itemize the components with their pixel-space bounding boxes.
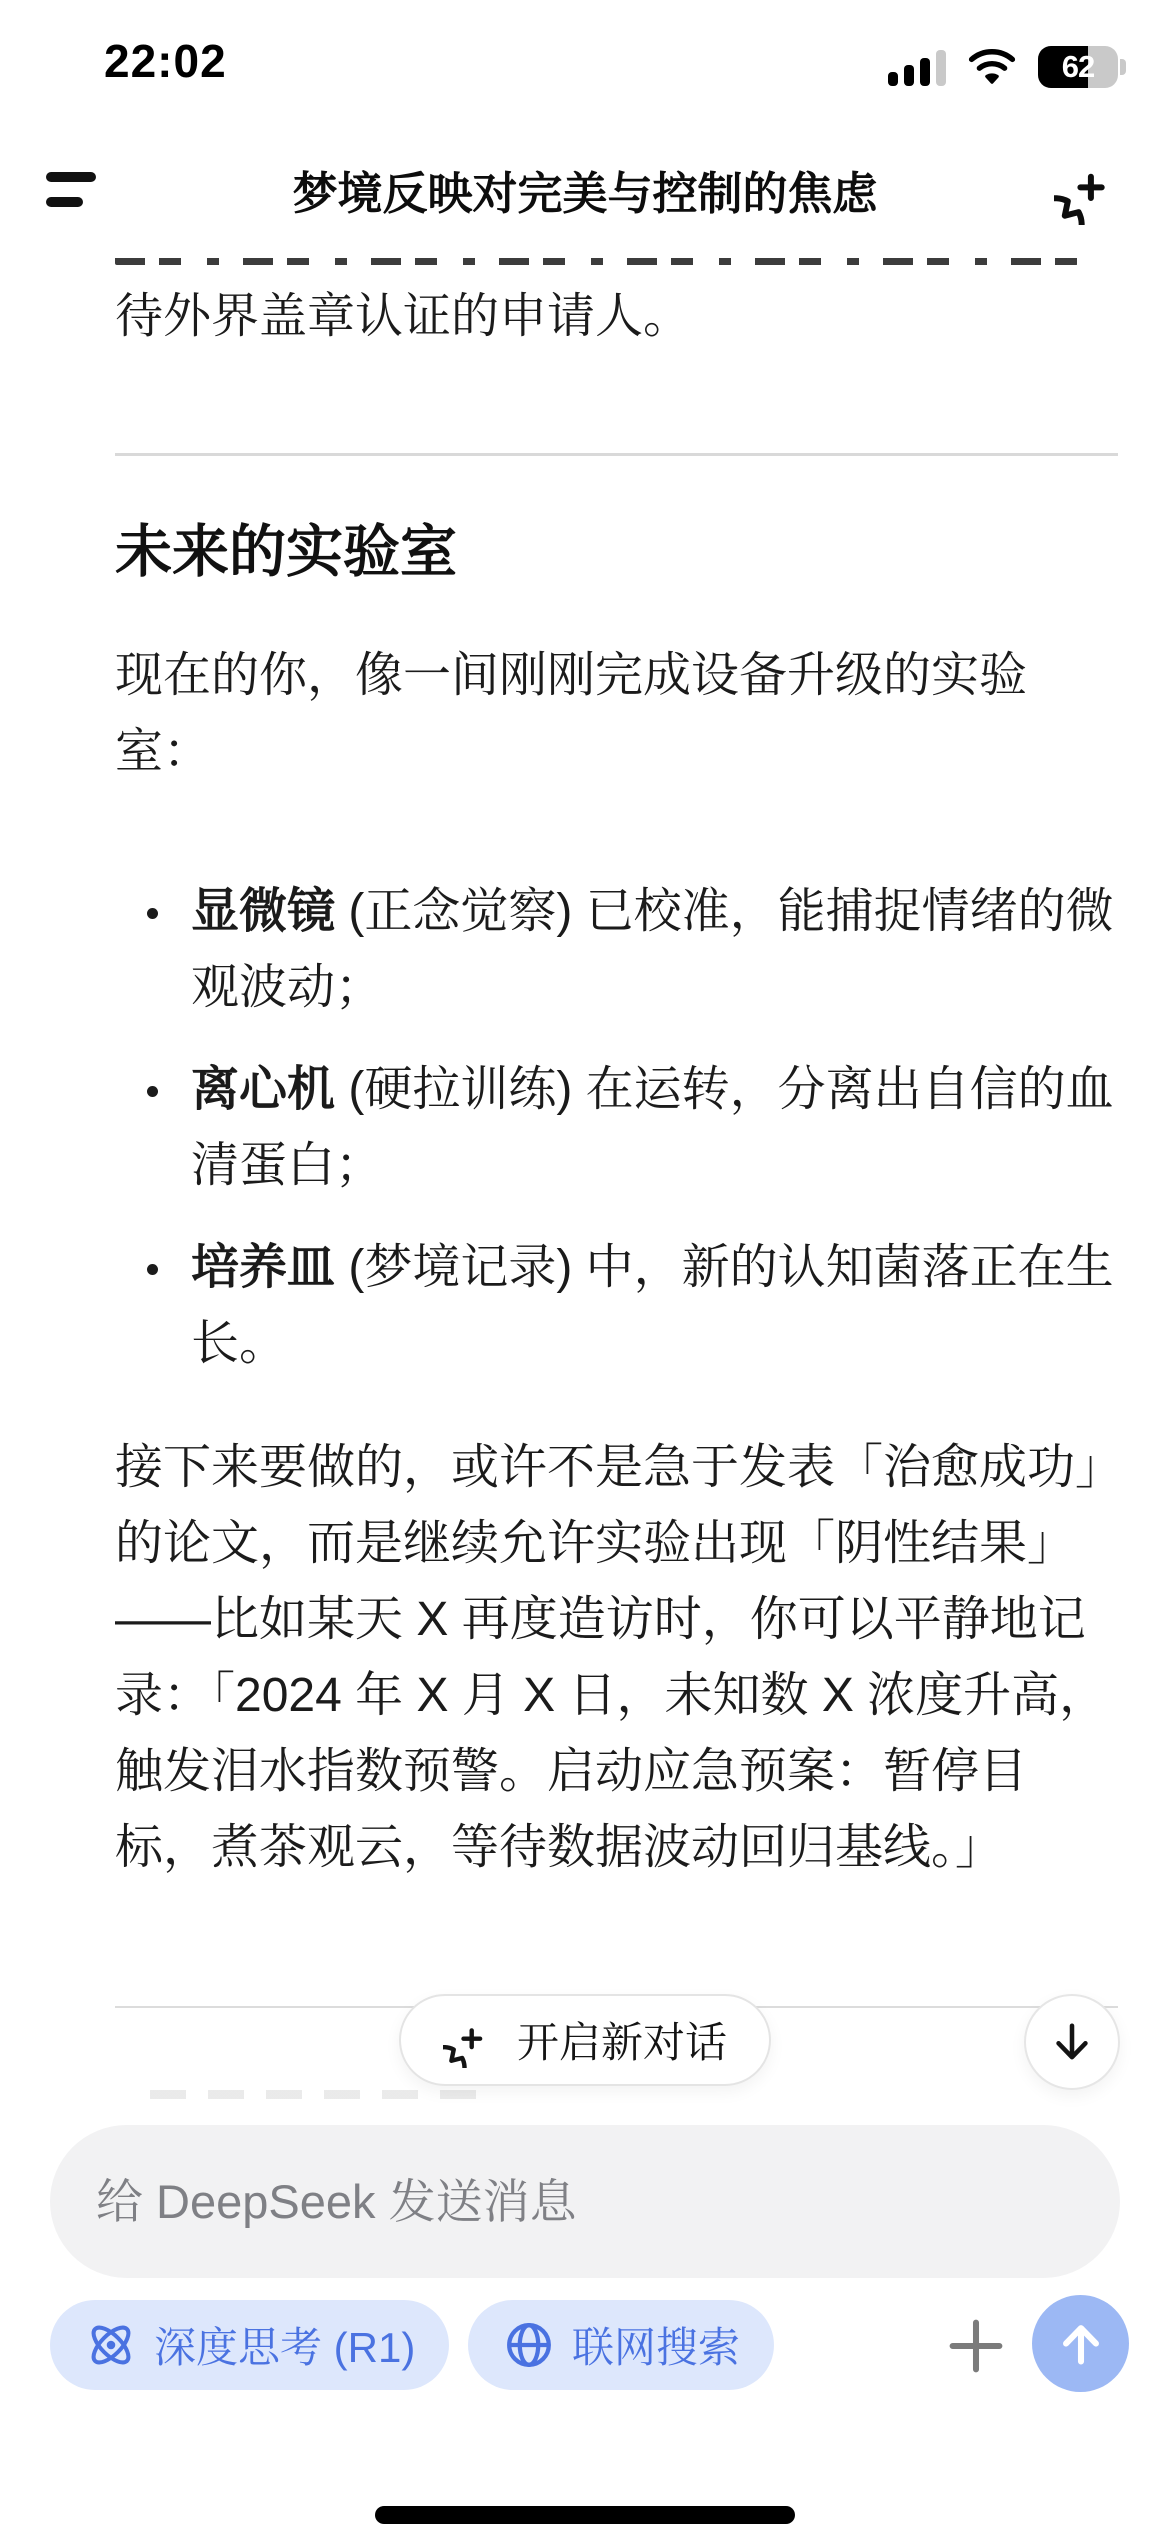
intro-paragraph: 现在的你，像一间刚刚完成设备升级的实验室： — [115, 638, 1118, 790]
battery-percent: 62 — [1038, 46, 1118, 88]
start-new-chat-pill-button[interactable]: 开启新对话 — [399, 1994, 771, 2086]
send-message-button[interactable] — [1032, 2295, 1129, 2392]
list-item: 显微镜 (正念觉察) 已校准，能捕捉情绪的微观波动； — [115, 874, 1118, 1026]
menu-icon — [46, 172, 96, 182]
deep-think-label: 深度思考 (R1) — [154, 2315, 415, 2375]
atom-icon — [84, 2318, 138, 2372]
new-chat-bubble-plus-icon — [1054, 153, 1126, 225]
closing-paragraph: 接下来要做的，或许不是急于发表「治愈成功」的论文，而是继续允许实验出现「阴性结果… — [115, 1430, 1118, 1886]
list-item: 培养皿 (梦境记录) 中，新的认知菌落正在生长。 — [115, 1230, 1118, 1382]
status-bar: 22:02 62 — [0, 0, 1170, 120]
attachment-plus-button[interactable] — [934, 2304, 1018, 2388]
section-divider — [115, 453, 1118, 456]
scroll-to-bottom-button[interactable] — [1024, 1994, 1120, 2090]
bullet-term: 显微镜 — [191, 885, 335, 938]
bullet-list: 显微镜 (正念觉察) 已校准，能捕捉情绪的微观波动； 离心机 (硬拉训练) 在运… — [115, 874, 1118, 1382]
deep-think-toggle[interactable]: 深度思考 (R1) — [50, 2300, 449, 2390]
paragraph-tail: 待外界盖章认证的申请人。 — [115, 281, 1118, 353]
deepseek-chat-screen: 22:02 62 梦境反映对完美与控制的焦虑 — [0, 0, 1170, 2532]
message-input[interactable] — [94, 2173, 1076, 2230]
battery-cap — [1120, 59, 1126, 75]
home-indicator — [375, 2506, 795, 2524]
chat-header: 梦境反映对完美与控制的焦虑 — [0, 120, 1170, 258]
assistant-message: 待外界盖章认证的申请人。 未来的实验室 现在的你，像一间刚刚完成设备升级的实验室… — [115, 252, 1118, 1934]
wifi-icon — [966, 47, 1018, 87]
bullet-term: 离心机 — [191, 1063, 335, 1116]
web-search-toggle[interactable]: 联网搜索 — [468, 2300, 774, 2390]
new-chat-bubble-plus-icon — [443, 2012, 499, 2068]
status-icons: 62 — [888, 46, 1126, 88]
message-input-container[interactable] — [50, 2125, 1120, 2278]
list-item: 离心机 (硬拉训练) 在运转，分离出自信的血清蛋白； — [115, 1052, 1118, 1204]
bullet-term: 培养皿 — [191, 1241, 335, 1294]
web-search-label: 联网搜索 — [572, 2315, 740, 2375]
start-new-chat-label: 开启新对话 — [517, 2010, 727, 2070]
status-time: 22:02 — [104, 34, 227, 88]
battery-indicator: 62 — [1038, 46, 1126, 88]
faded-clipped-content — [150, 2090, 480, 2099]
cellular-signal-icon — [888, 48, 946, 86]
plus-icon — [943, 2313, 1009, 2379]
arrow-down-icon — [1046, 2016, 1098, 2068]
globe-icon — [502, 2318, 556, 2372]
section-title: 未来的实验室 — [115, 520, 1118, 584]
arrow-up-icon — [1053, 2316, 1109, 2372]
sidebar-menu-button[interactable] — [46, 157, 110, 221]
new-chat-button[interactable] — [1054, 153, 1126, 225]
conversation-title: 梦境反映对完美与控制的焦虑 — [292, 157, 877, 222]
